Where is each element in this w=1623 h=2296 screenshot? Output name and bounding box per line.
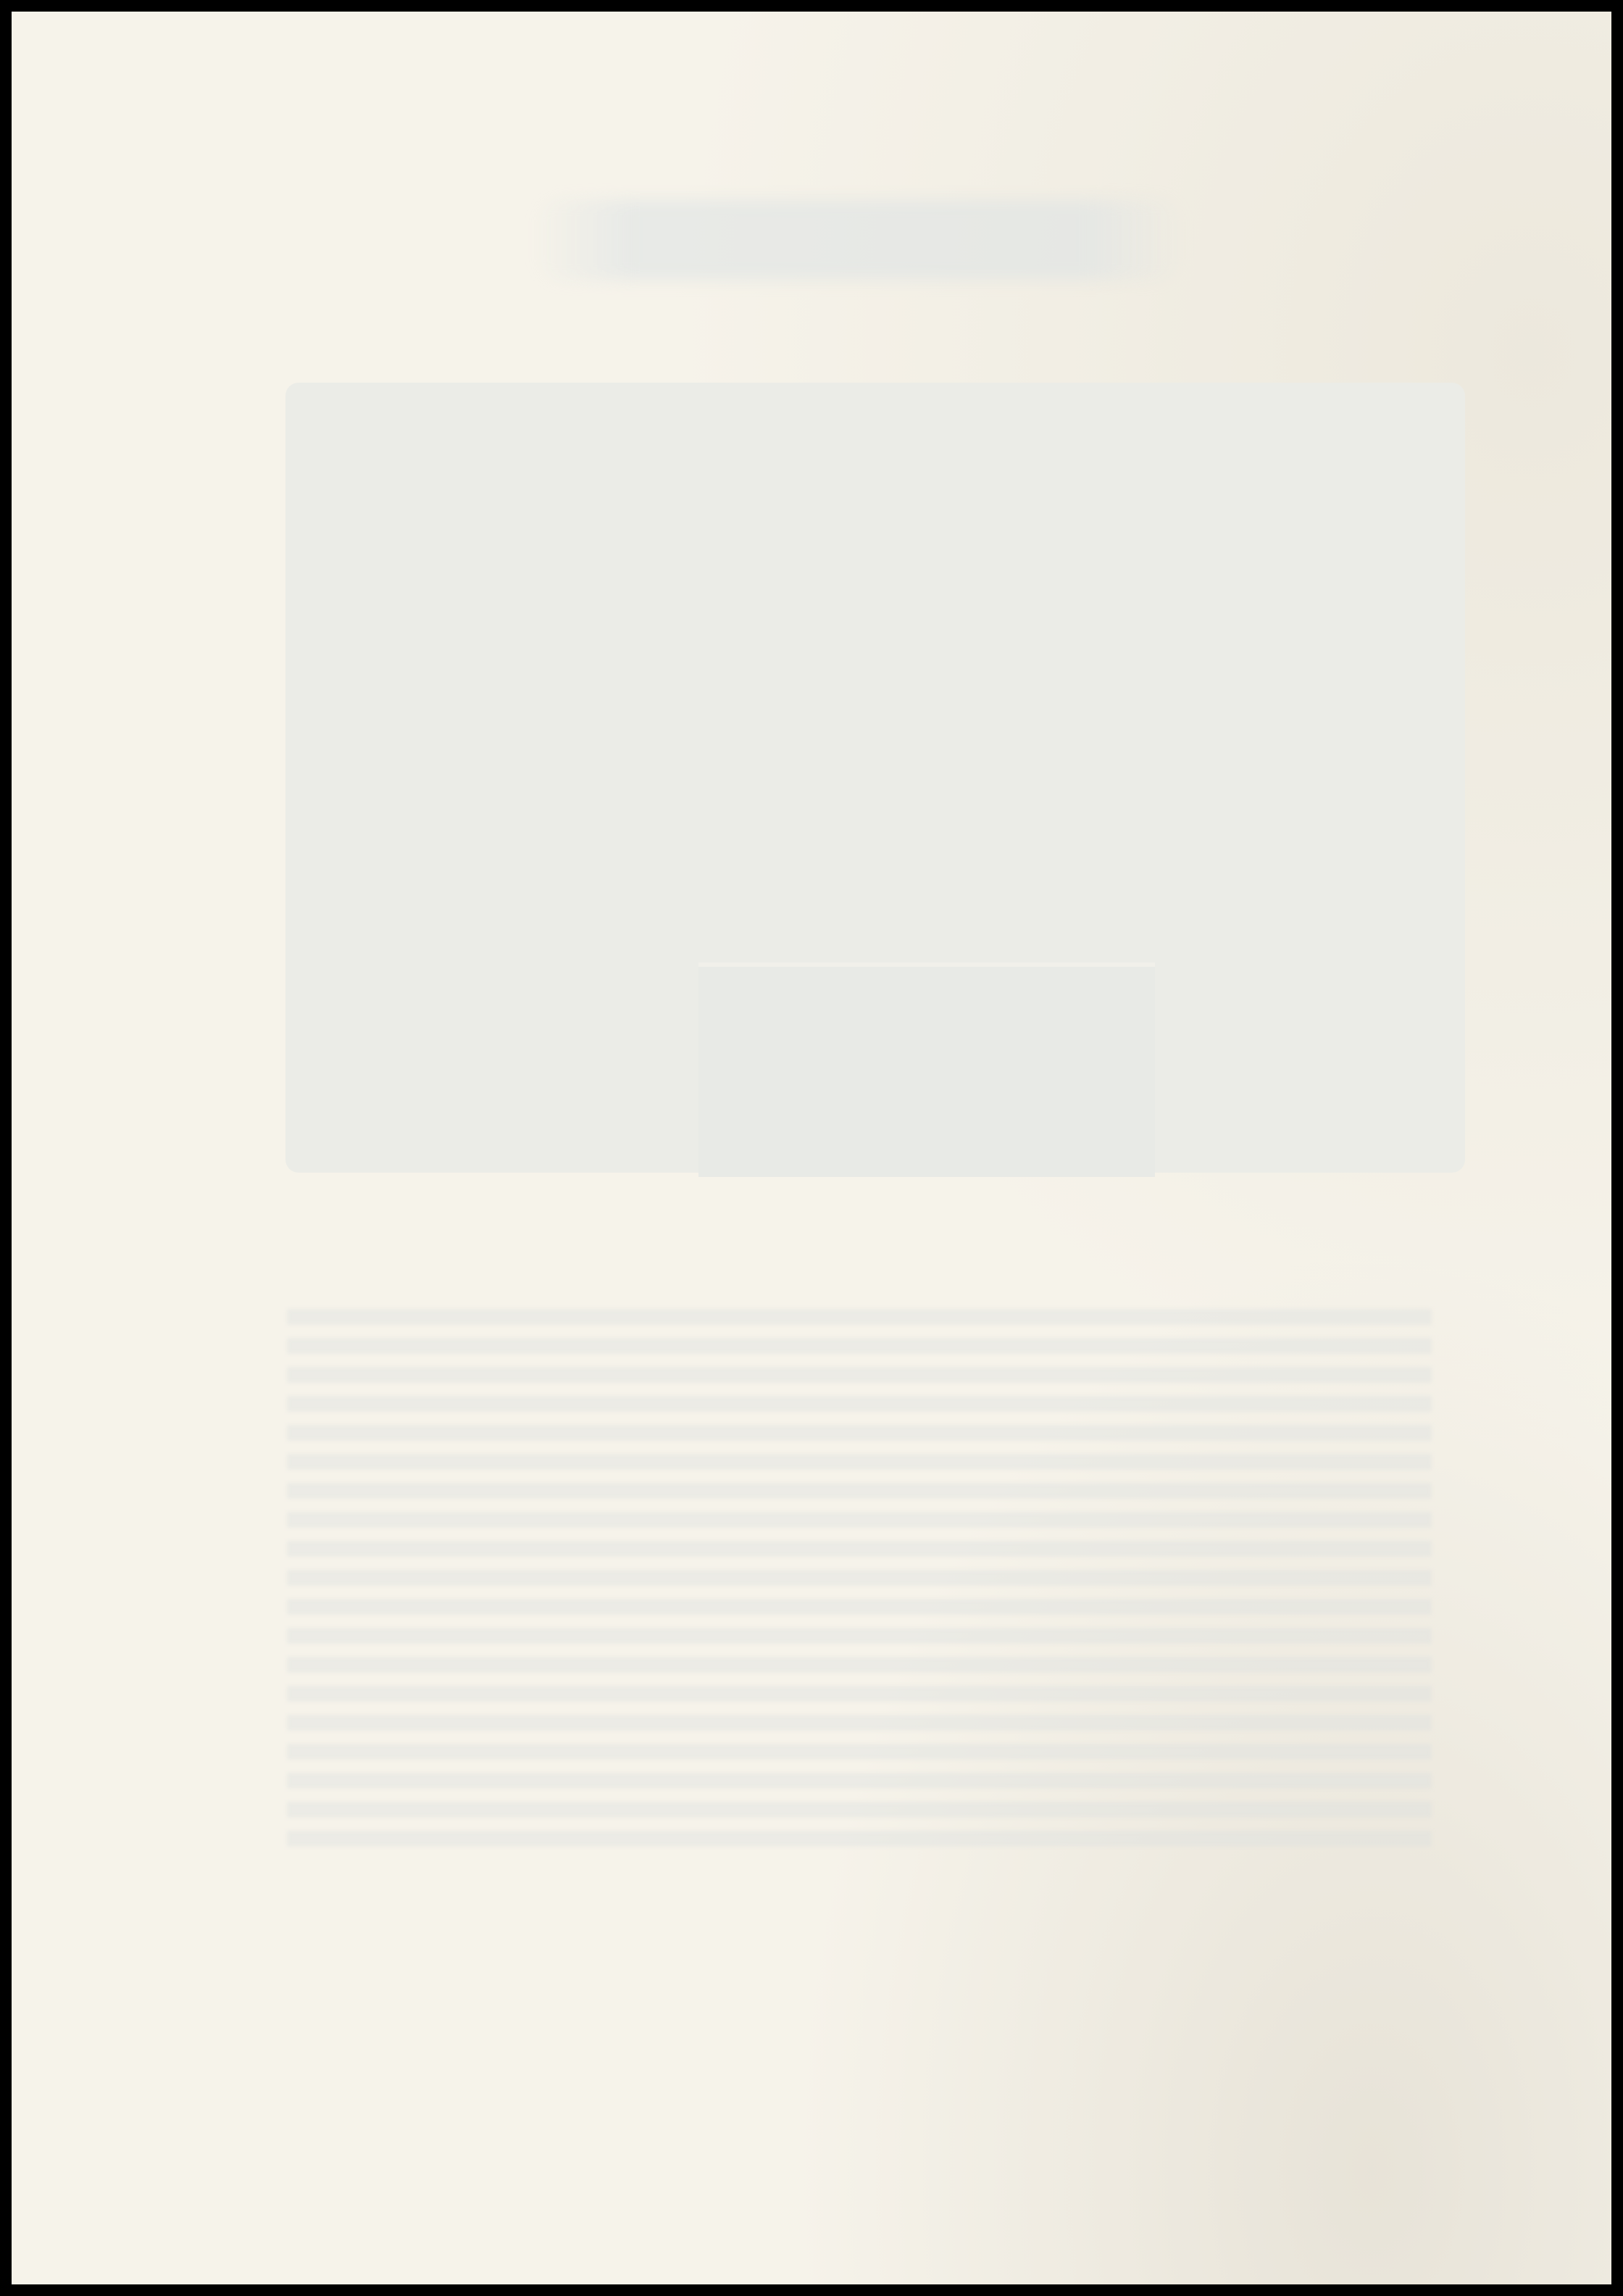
bleed-through-title-ghost xyxy=(533,200,1185,280)
bleed-through-photo-ghost xyxy=(285,383,1465,1173)
scanned-page xyxy=(12,12,1611,2284)
bleed-through-photo-inset xyxy=(698,962,1155,1177)
bleed-through-text-ghost xyxy=(287,1309,1432,1860)
